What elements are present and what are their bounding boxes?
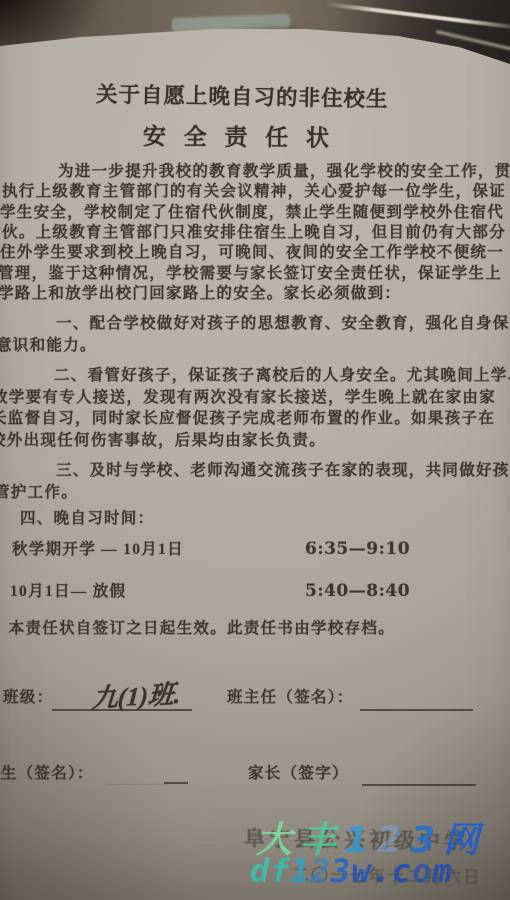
watermark-char: f: [270, 852, 290, 890]
list-item-4: 四、晚自习时间：: [20, 509, 154, 529]
watermark-char: w: [351, 852, 371, 890]
student-sign-label: 学生（签名）：: [0, 764, 94, 784]
intro-line: 伙。上级教育主管部门只准安排住宿生上晚自习，但目前仍有大部分: [2, 223, 506, 243]
teacher-sign-label: 班主任（签名）：: [227, 688, 354, 708]
document-title: 关于自愿上晚自习的非住校生: [96, 77, 389, 113]
effective-note: 五、本责任状自签订之日起生效。此责任书由学校存档。: [0, 619, 395, 639]
list-item-1-line: 意识和能力。: [0, 336, 97, 356]
list-item-2-line: 校外出现任何伤害事故，后果均由家长负责。: [0, 431, 326, 451]
schedule-time: 6:35—9:10: [305, 539, 410, 559]
document-subtitle: 安 全 责 任 状: [143, 118, 335, 153]
intro-line: 执行上级教育主管部门的有关会议精神，关心爱护每一位学生，保证: [2, 182, 506, 202]
schedule-period: 10月1日— 放假: [10, 582, 126, 602]
list-item-2-line: 放学要有专人接送，发现有两次没有家长接送，学生晚上就在家由家: [0, 388, 496, 408]
list-item-1-line: 一、配合学校做好对孩子的思想教育、安全教育，强化自身保护: [56, 314, 510, 334]
paper-sheet: 关于自愿上晚自习的非住校生 安 全 责 任 状 为进一步提升我校的教育教学质量，…: [0, 0, 510, 900]
student-signature-line: [106, 784, 168, 785]
list-item-3-line: 三、及时与学校、老师沟通交流孩子在家的表现，共同做好孩子: [56, 461, 510, 481]
list-item-2-line: 二、看管好孩子，保证孩子离校后的人身安全。尤其晚间上学、: [54, 366, 510, 386]
watermark-line2: df123w.com: [250, 852, 453, 890]
list-item-2-line: 长监督自习，同时家长应督促孩子完成老师布置的作业。如果孩子在: [0, 409, 495, 429]
intro-line: 住外学生要求到校上晚自习，可晚间、夜间的安全工作学校不便统一: [0, 243, 504, 263]
list-item-3-line: 管护工作。: [0, 483, 78, 503]
class-value-handwritten: 九(1)班.: [91, 674, 182, 716]
intro-line: 学路上和放学出校门回家路上的安全。家长必须做到：: [0, 284, 401, 304]
class-label: 班级：: [3, 688, 53, 708]
photo-of-document: 关于自愿上晚自习的非住校生 安 全 责 任 状 为进一步提升我校的教育教学质量，…: [0, 0, 510, 900]
intro-line: 管理，鉴于这种情况，学校需要与家长签订安全责任状，保证学生上: [0, 264, 502, 284]
student-signature-mark: [164, 782, 188, 784]
schedule-time: 5:40—8:40: [305, 581, 410, 601]
parent-sign-label: 家长（签字）: [248, 764, 349, 784]
watermark-char: d: [250, 852, 270, 890]
watermark-char: .: [372, 852, 392, 890]
watermark-char: m: [432, 852, 452, 890]
watermark-char: 1: [291, 852, 311, 890]
watermark-char: o: [412, 852, 432, 890]
watermark-char: 2: [311, 852, 331, 890]
schedule-period: 秋学期开学 — 10月1日: [12, 540, 184, 560]
watermark-char: 3: [331, 852, 351, 890]
teacher-signature-line: [360, 709, 473, 711]
intro-line: 为进一步提升我校的教育教学质量，强化学校的安全工作，贯彻: [58, 162, 510, 182]
parent-signature-line: [362, 784, 476, 786]
watermark-char: c: [392, 852, 412, 890]
intro-line: 学生安全，学校制定了住宿代伙制度，禁止学生随便到学校外住宿代: [0, 203, 504, 223]
